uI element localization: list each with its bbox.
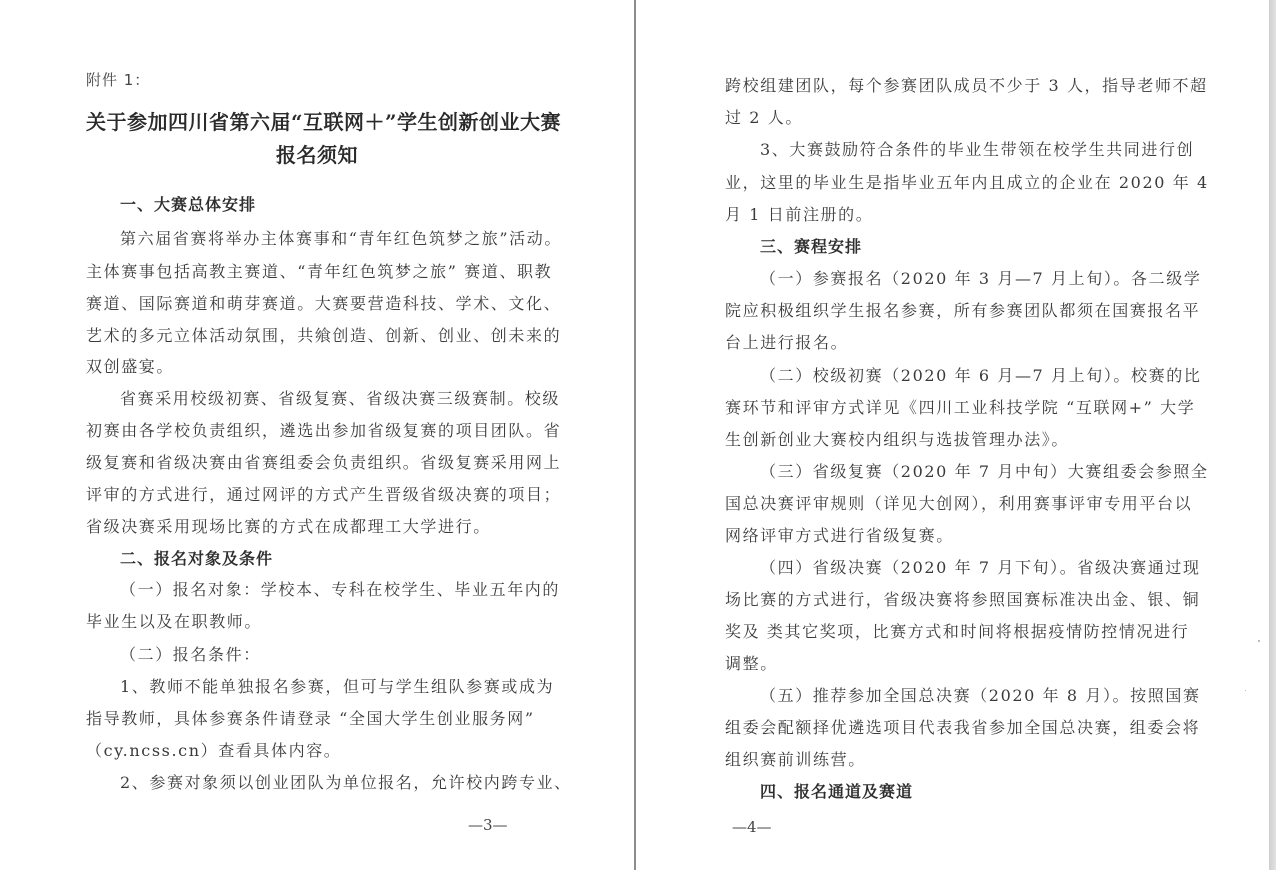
- paragraph-line: （三）省级复赛（2020 年 7 月中旬）大赛组委会参照全: [760, 462, 1209, 482]
- paragraph-line: 级复赛和省级决赛由省赛组委会负责组织。省级复赛采用网上: [86, 453, 561, 473]
- document-title-line1: 关于参加四川省第六届“互联网＋”学生创新创业大赛: [86, 112, 561, 132]
- page-number: —3—: [468, 815, 508, 835]
- scan-speck: [1258, 640, 1260, 642]
- paragraph-line: 指导教师，具体参赛条件请登录 “全国大学生创业服务网”: [86, 709, 535, 729]
- paragraph-line: （二）校级初赛（2020 年 6 月—7 月上旬）。校赛的比: [760, 366, 1201, 386]
- paragraph-line: 过 2 人。: [725, 108, 803, 128]
- paragraph-line: 生创新创业大赛校内组织与选拔管理办法》。: [725, 430, 1069, 450]
- paragraph-line: 艺术的多元立体活动氛围，共飨创造、创新、创业、创未来的: [86, 326, 561, 346]
- section-heading-2: 二、报名对象及条件: [120, 549, 273, 569]
- paragraph-line: 调整。: [725, 654, 778, 674]
- paragraph-line: 2、参赛对象须以创业团队为单位报名，允许校内跨专业、: [120, 773, 572, 793]
- paragraph-line: 第六届省赛将举办主体赛事和“青年红色筑梦之旅”活动。: [120, 229, 562, 249]
- paragraph-line: 组委会配额择优遴选项目代表我省参加全国总决赛，组委会将: [725, 718, 1200, 738]
- paragraph-line: 1、教师不能单独报名参赛，但可与学生组队参赛或成为: [120, 677, 554, 697]
- paragraph-line: （cy.ncss.cn）查看具体内容。: [86, 741, 341, 761]
- document-title-line2: 报名须知: [276, 145, 358, 165]
- paragraph-line: 台上进行报名。: [725, 333, 848, 353]
- paragraph-line: 初赛由各学校负责组织，遴选出参加省级复赛的项目团队。省: [86, 421, 561, 441]
- right-page: 跨校组建团队，每个参赛团队成员不少于 3 人，指导老师不超 过 2 人。 3、大…: [636, 0, 1269, 870]
- paragraph-line: （四）省级决赛（2020 年 7 月下旬）。省级决赛通过现: [760, 558, 1201, 578]
- paragraph-line: 奖及 类其它奖项，比赛方式和时间将根据疫情防控情况进行: [725, 622, 1189, 642]
- paragraph-line: 业，这里的毕业生是指毕业五年内且成立的企业在 2020 年 4: [725, 173, 1209, 193]
- paragraph-line: 赛道、国际赛道和萌芽赛道。大赛要营造科技、学术、文化、: [86, 294, 561, 314]
- paragraph-line: （一）参赛报名（2020 年 3 月—7 月上旬）。各二级学: [760, 269, 1201, 289]
- paragraph-line: 3、大赛鼓励符合条件的毕业生带领在校学生共同进行创: [760, 140, 1194, 160]
- section-heading-3: 三、赛程安排: [760, 237, 862, 257]
- paragraph-line: （一）报名对象：学校本、专科在校学生、毕业五年内的: [120, 580, 560, 600]
- section-heading-1: 一、大赛总体安排: [120, 195, 256, 215]
- paragraph-line: 跨校组建团队，每个参赛团队成员不少于 3 人，指导老师不超: [725, 76, 1208, 96]
- paragraph-line: 国总决赛评审规则（详见大创网），利用赛事评审专用平台以: [725, 494, 1192, 514]
- paragraph-line: 月 1 日前注册的。: [725, 205, 873, 225]
- page-number: —4—: [732, 817, 772, 837]
- paragraph-line: 组织赛前训练营。: [725, 750, 866, 770]
- paragraph-line: 主体赛事包括高教主赛道、“青年红色筑梦之旅” 赛道、职教: [86, 262, 552, 282]
- attachment-label: 附件 1：: [86, 70, 150, 90]
- paragraph-line: 省赛采用校级初赛、省级复赛、省级决赛三级赛制。校级: [120, 389, 560, 409]
- paragraph-line: 省级决赛采用现场比赛的方式在成都理工大学进行。: [86, 517, 491, 537]
- scan-speck: [1245, 690, 1246, 691]
- paragraph-line: 赛环节和评审方式详见《四川工业科技学院 “互联网+” 大学: [725, 398, 1195, 418]
- section-heading-4: 四、报名通道及赛道: [760, 782, 913, 802]
- left-page: 附件 1： 关于参加四川省第六届“互联网＋”学生创新创业大赛 报名须知 一、大赛…: [0, 0, 634, 870]
- paragraph-line: 网络评审方式进行省级复赛。: [725, 526, 954, 546]
- paragraph-line: 双创盛宴。: [86, 357, 174, 377]
- scrollbar-track[interactable]: [1269, 0, 1276, 870]
- paragraph-line: 评审的方式进行，通过网评的方式产生晋级省级决赛的项目；: [86, 485, 561, 505]
- paragraph-line: 院应积极组织学生报名参赛，所有参赛团队都须在国赛报名平: [725, 301, 1200, 321]
- paragraph-line: 场比赛的方式进行，省级决赛将参照国赛标准决出金、银、铜: [725, 590, 1200, 610]
- paragraph-line: （五）推荐参加全国总决赛（2020 年 8 月）。按照国赛: [760, 686, 1201, 706]
- paragraph-line: 毕业生以及在职教师。: [86, 612, 262, 632]
- subheading: （二）报名条件：: [120, 645, 261, 665]
